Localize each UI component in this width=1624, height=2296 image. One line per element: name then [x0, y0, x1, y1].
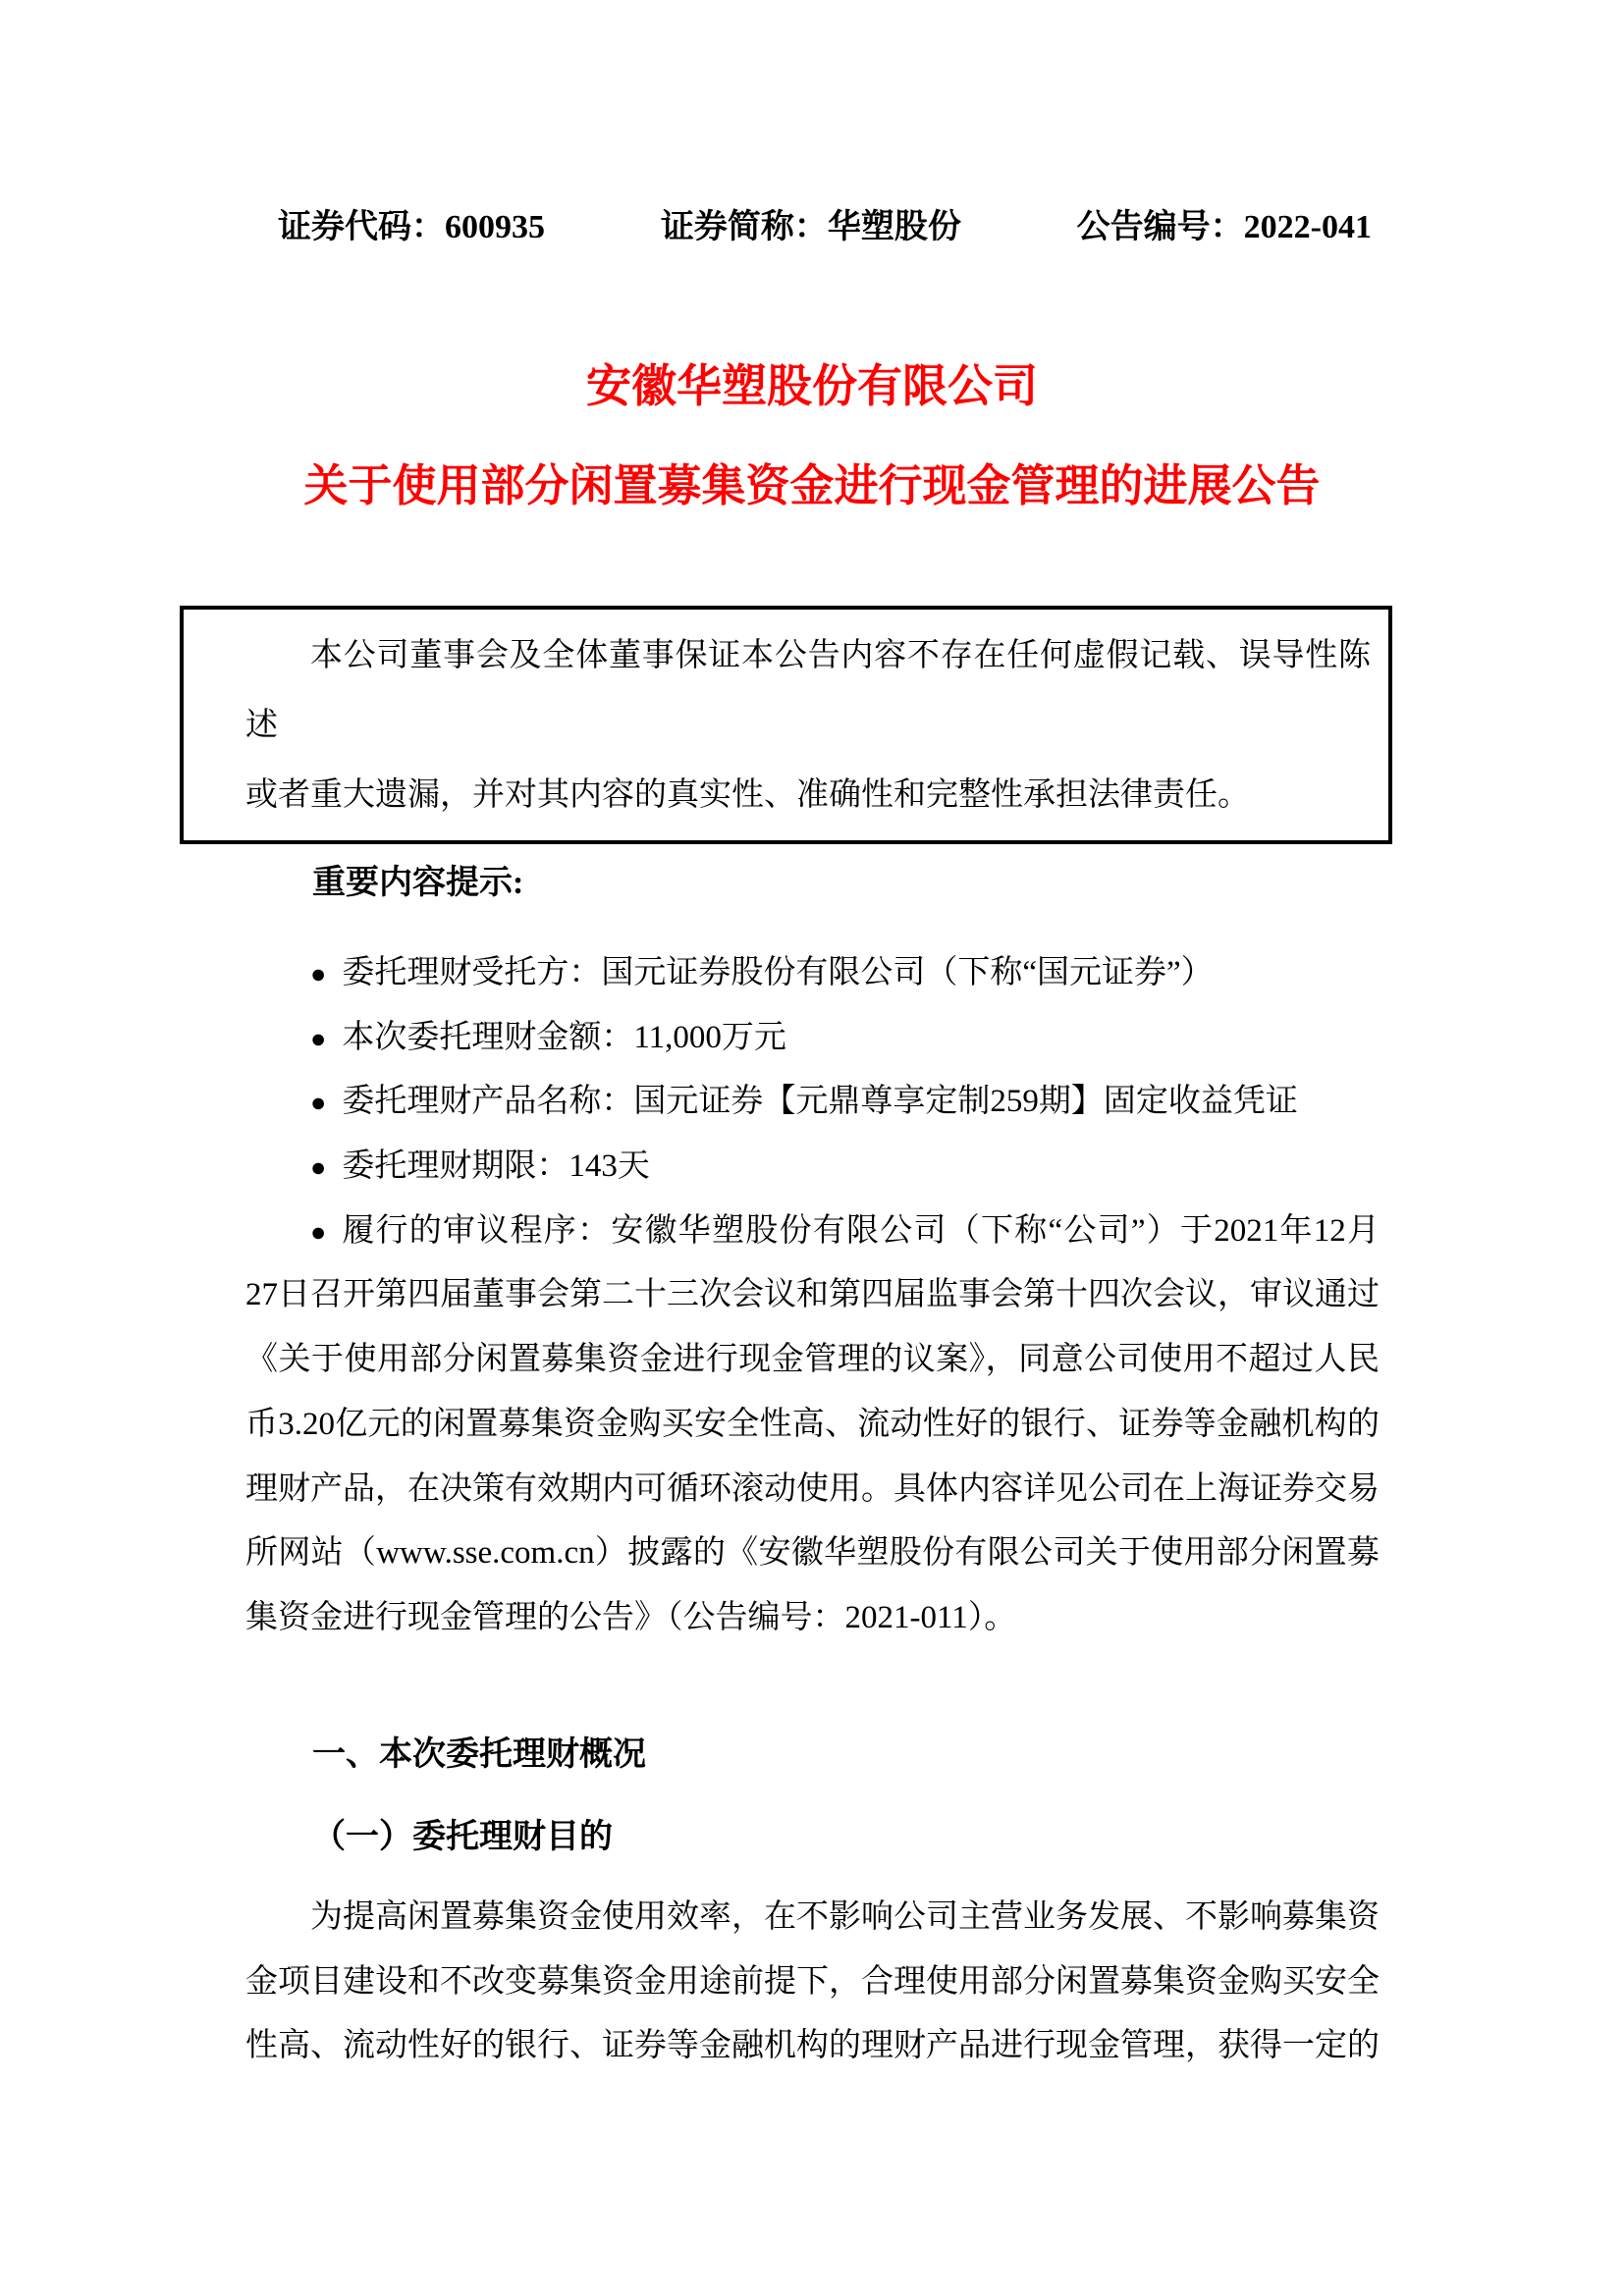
- disclaimer-text: 本公司董事会及全体董事保证本公告内容不存在任何虚假记载、误导性陈述 或者重大遗漏…: [245, 621, 1371, 830]
- bullet-icon: ●: [310, 1136, 326, 1200]
- procedure-line-2: 27日召开第四届董事会第二十三次会议和第四届监事会第十四次会议，审议通过: [245, 1263, 1380, 1328]
- bullet-icon: ●: [310, 942, 326, 1006]
- section-1-heading: 一、本次委托理财概况: [245, 1732, 1380, 1779]
- procedure-line-5: 理财产品，在决策有效期内可循环滚动使用。具体内容详见公司在上海证券交易: [245, 1458, 1380, 1522]
- disclaimer-line-1: 本公司董事会及全体董事保证本公告内容不存在任何虚假记载、误导性陈述: [245, 621, 1371, 761]
- purpose-line-3: 性高、流动性好的银行、证券等金融机构的理财产品进行现金管理，获得一定的: [245, 2014, 1380, 2079]
- bullet-icon: ●: [310, 1007, 326, 1071]
- document-header: 证券代码：600935 证券简称：华塑股份 公告编号：2022-041: [278, 199, 1372, 247]
- bullet-text-product: 委托理财产品名称：国元证券【元鼎尊享定制259期】固定收益凭证: [342, 1070, 1298, 1135]
- procedure-line-4: 币3.20亿元的闲置募集资金购买安全性高、流动性好的银行、证券等金融机构的: [245, 1393, 1380, 1458]
- bullet-icon: ●: [310, 1071, 326, 1135]
- section-1-1-subheading: （一）委托理财目的: [245, 1814, 1380, 1861]
- bullet-text-trustee: 委托理财受托方：国元证券股份有限公司（下称“国元证券”）: [342, 941, 1213, 1006]
- bullet-item-procedure: ● 履行的审议程序：安徽华塑股份有限公司（下称“公司”）于2021年12月: [245, 1200, 1380, 1264]
- bullet-icon: ●: [310, 1201, 326, 1264]
- important-notice-heading: 重要内容提示:: [245, 862, 1380, 905]
- bullet-text-term: 委托理财期限：143天: [342, 1135, 650, 1200]
- disclaimer-box: 本公司董事会及全体董事保证本公告内容不存在任何虚假记载、误导性陈述 或者重大遗漏…: [180, 606, 1392, 844]
- purpose-line-2: 金项目建设和不改变募集资金用途前提下，合理使用部分闲置募集资金购买安全: [245, 1950, 1380, 2015]
- announcement-page: 证券代码：600935 证券简称：华塑股份 公告编号：2022-041 安徽华塑…: [0, 0, 1624, 2296]
- procedure-line-3: 《关于使用部分闲置募集资金进行现金管理的议案》，同意公司使用不超过人民: [245, 1328, 1380, 1393]
- disclaimer-line-2: 或者重大遗漏，并对其内容的真实性、准确性和完整性承担法律责任。: [245, 761, 1371, 830]
- purpose-paragraph: 为提高闲置募集资金使用效率，在不影响公司主营业务发展、不影响募集资 金项目建设和…: [245, 1886, 1380, 2079]
- announcement-title: 关于使用部分闲置募集资金进行现金管理的进展公告: [0, 459, 1624, 513]
- announcement-number: 公告编号：2022-041: [1077, 199, 1372, 247]
- purpose-line-1: 为提高闲置募集资金使用效率，在不影响公司主营业务发展、不影响募集资: [245, 1886, 1380, 1950]
- bullet-item-term: ● 委托理财期限：143天: [245, 1135, 1380, 1200]
- bullet-item-trustee: ● 委托理财受托方：国元证券股份有限公司（下称“国元证券”）: [245, 941, 1380, 1006]
- bullet-item-product: ● 委托理财产品名称：国元证券【元鼎尊享定制259期】固定收益凭证: [245, 1070, 1380, 1135]
- procedure-line-7: 集资金进行现金管理的公告》（公告编号：2021-011）。: [245, 1586, 1380, 1651]
- procedure-line-1: 履行的审议程序：安徽华塑股份有限公司（下称“公司”）于2021年12月: [342, 1200, 1380, 1264]
- bullet-item-amount: ● 本次委托理财金额：11,000万元: [245, 1006, 1380, 1071]
- bullet-text-amount: 本次委托理财金额：11,000万元: [342, 1006, 786, 1071]
- important-notice-list: ● 委托理财受托方：国元证券股份有限公司（下称“国元证券”） ● 本次委托理财金…: [245, 941, 1380, 1651]
- stock-name: 证券简称：华塑股份: [661, 199, 961, 247]
- company-name-title: 安徽华塑股份有限公司: [0, 359, 1624, 413]
- stock-code: 证券代码：600935: [278, 199, 545, 247]
- procedure-line-6: 所网站（www.sse.com.cn）披露的《安徽华塑股份有限公司关于使用部分闲…: [245, 1522, 1380, 1586]
